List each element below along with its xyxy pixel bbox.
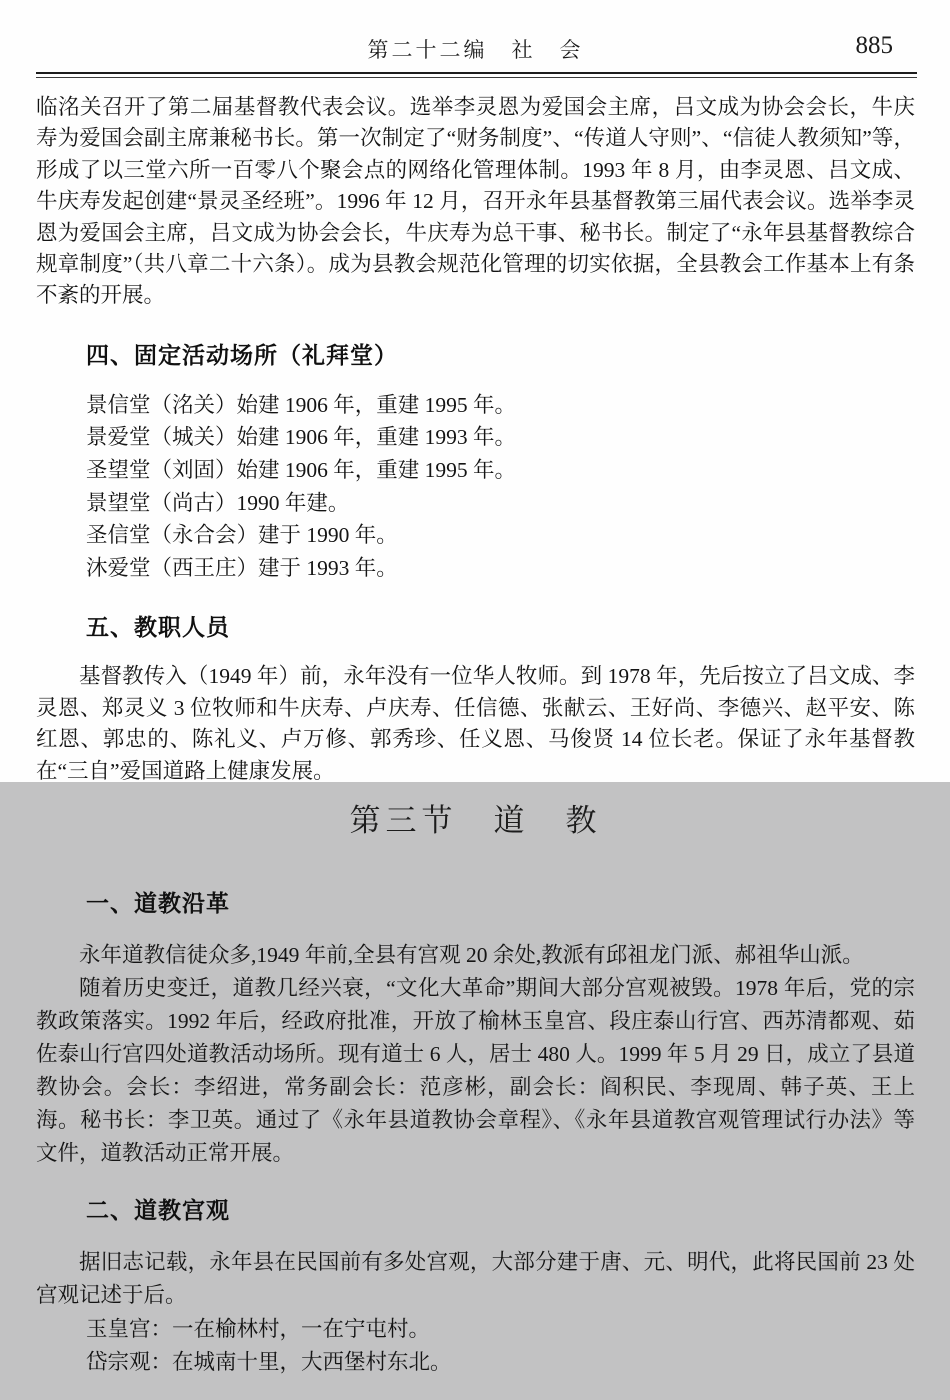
list-item: 圣信堂（永合会）建于 1990 年。	[86, 519, 915, 552]
section-heading-clergy: 五、教职人员	[86, 609, 915, 642]
list-item: 玉皇宫：一在榆林村，一在宁屯村。	[86, 1313, 915, 1346]
temple-list: 玉皇宫：一在榆林村，一在宁屯村。 岱宗观：在城南十里，大西堡村东北。	[86, 1313, 915, 1379]
taoism-history-paragraph-1: 永年道教信徒众多,1949 年前,全县有宫观 20 余处,教派有邱祖龙门派、郝祖…	[36, 939, 915, 972]
taoism-history-paragraph-2: 随着历史变迁，道教几经兴衰，“文化大革命”期间大部分宫观被毁。1978 年后，党…	[36, 972, 915, 1170]
church-list: 景信堂（洺关）始建 1906 年，重建 1995 年。 景爱堂（城关）始建 19…	[86, 389, 915, 585]
christianity-section: 临洺关召开了第二届基督教代表会议。选举李灵恩为爱国会主席，吕文成为协会会长，牛庆…	[0, 92, 950, 787]
page-number: 885	[856, 32, 894, 60]
taoist-temples-paragraph: 据旧志记载，永年县在民国前有多处宫观，大部分建于唐、元、明代，此将民国前 23 …	[36, 1246, 915, 1312]
subsection-heading-taoist-temples: 二、道教宫观	[86, 1192, 915, 1225]
subsection-heading-taoism-history: 一、道教沿革	[86, 885, 915, 918]
scanned-book-page: 第二十二编 社 会 885 临洺关召开了第二届基督教代表会议。选举李灵恩为爱国会…	[0, 0, 950, 1400]
taoism-section: 第三节 道 教 一、道教沿革 永年道教信徒众多,1949 年前,全县有宫观 20…	[0, 782, 950, 1400]
clergy-paragraph: 基督教传入（1949 年）前，永年没有一位华人牧师。到 1978 年，先后按立了…	[36, 661, 915, 787]
list-item: 沐爱堂（西王庄）建于 1993 年。	[86, 552, 915, 585]
list-item: 圣望堂（刘固）始建 1906 年，重建 1995 年。	[86, 454, 915, 487]
list-item: 景爱堂（城关）始建 1906 年，重建 1993 年。	[86, 421, 915, 454]
list-item: 岱宗观：在城南十里，大西堡村东北。	[86, 1346, 915, 1379]
list-item: 景信堂（洺关）始建 1906 年，重建 1995 年。	[86, 389, 915, 422]
chapter-title: 第二十二编 社 会	[36, 34, 915, 64]
section-heading-worship-sites: 四、固定活动场所（礼拜堂）	[86, 337, 915, 370]
section-3-title: 第三节 道 教	[36, 782, 915, 840]
christianity-continuation-paragraph: 临洺关召开了第二届基督教代表会议。选举李灵恩为爱国会主席，吕文成为协会会长，牛庆…	[36, 92, 915, 312]
header-rule	[36, 72, 917, 78]
list-item: 景望堂（尚古）1990 年建。	[86, 487, 915, 520]
page-header: 第二十二编 社 会 885	[36, 34, 915, 66]
